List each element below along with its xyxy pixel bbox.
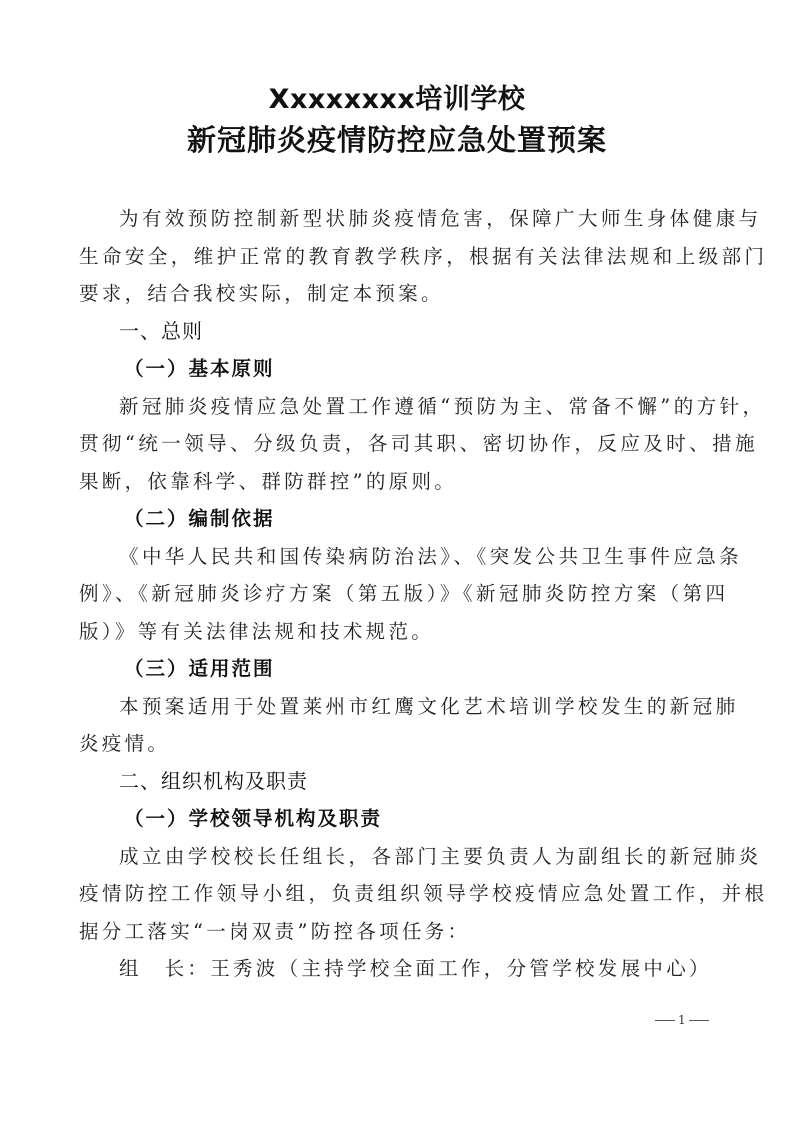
- paragraph-line: 《中华人民共和国传染病防治法》、《突发公共卫生事件应急条: [79, 538, 715, 576]
- subsection-heading-basis: （二）编制依据: [79, 500, 715, 538]
- leader-line: 组 长：王秀波（主持学校全面工作，分管学校发展中心）: [79, 950, 715, 988]
- paragraph-line: 成立由学校校长任组长，各部门主要负责人为副组长的新冠肺炎: [79, 838, 715, 876]
- section-heading-organization: 二、组织机构及职责: [79, 763, 715, 801]
- paragraph-line: 例》、《新冠肺炎诊疗方案（第五版）》《新冠肺炎防控方案（第四: [79, 575, 715, 613]
- document-page: Xxxxxxxx培训学校 新冠肺炎疫情防控应急处置预案 为有效预防控制新型状肺炎…: [0, 0, 794, 1123]
- paragraph-line: 疫情防控工作领导小组，负责组织领导学校疫情应急处置工作，并根: [79, 875, 715, 913]
- paragraph-line: 据分工落实“一岗双责”防控各项任务：: [79, 913, 715, 951]
- intro-line: 为有效预防控制新型状肺炎疫情危害，保障广大师生身体健康与: [79, 200, 715, 238]
- paragraph-line: 贯彻“统一领导、分级负责，各司其职、密切协作，反应及时、措施: [79, 425, 715, 463]
- page-number: 1: [678, 1013, 686, 1027]
- paragraph-line: 果断，依靠科学、群防群控”的原则。: [79, 463, 715, 501]
- subsection-heading-principles: （一）基本原则: [79, 350, 715, 388]
- intro-line: 要求，结合我校实际，制定本预案。: [79, 275, 715, 313]
- footer-dash-left: [655, 1020, 675, 1021]
- footer-dash-right: [689, 1020, 709, 1021]
- page-number-footer: 1: [655, 1013, 709, 1027]
- subsection-heading-scope: （三）适用范围: [79, 650, 715, 688]
- document-body: 为有效预防控制新型状肺炎疫情危害，保障广大师生身体健康与 生命安全，维护正常的教…: [79, 200, 715, 988]
- title-plan-name: 新冠肺炎疫情防控应急处置预案: [0, 120, 794, 160]
- paragraph-line: 新冠肺炎疫情应急处置工作遵循“预防为主、常备不懈”的方针，: [79, 388, 715, 426]
- section-heading-general: 一、总则: [79, 313, 715, 351]
- subsection-heading-leadership: （一）学校领导机构及职责: [79, 800, 715, 838]
- title-school-name: Xxxxxxxx培训学校: [0, 80, 794, 120]
- paragraph-line: 炎疫情。: [79, 725, 715, 763]
- intro-line: 生命安全，维护正常的教育教学秩序，根据有关法律法规和上级部门: [79, 238, 715, 276]
- document-title: Xxxxxxxx培训学校 新冠肺炎疫情防控应急处置预案: [0, 80, 794, 160]
- paragraph-line: 版）》等有关法律法规和技术规范。: [79, 613, 715, 651]
- paragraph-line: 本预案适用于处置莱州市红鹰文化艺术培训学校发生的新冠肺: [79, 688, 715, 726]
